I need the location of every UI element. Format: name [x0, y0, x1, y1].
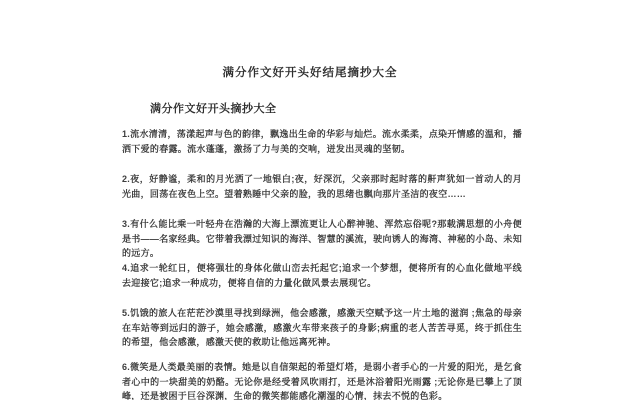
paragraph-1: 1.流水清清，荡漾起声与色的韵律，飘逸出生命的华彩与灿烂。流水柔柔，点染开情感的…: [122, 127, 522, 156]
paragraph-2: 2.夜，好静谧，柔和的月光洒了一地银白;夜，好深沉，父亲那时起时落的鼾声犹如一首…: [122, 172, 522, 201]
paragraph-6: 6.微笑是人类最美丽的表情。她是以自信架起的希望灯塔，是弱小者手心的一片爱的阳光…: [122, 360, 522, 400]
paragraph-3: 3.有什么能比乘一叶轻舟在浩瀚的大海上漂流更让人心醉神驰、浑然忘俗呢?那载满思想…: [122, 217, 522, 261]
paragraph-5: 5.饥饿的旅人在茫茫沙漠里寻找到绿洲，他会感激，感激天空赋予这一片土地的滋润 ;…: [122, 306, 522, 350]
document-page: 满分作文好开头好结尾摘抄大全 满分作文好开头摘抄大全 1.流水清清，荡漾起声与色…: [0, 0, 637, 400]
document-title: 满分作文好开头好结尾摘抄大全: [110, 64, 510, 80]
document-subtitle: 满分作文好开头摘抄大全: [150, 100, 277, 116]
paragraph-4: 4.追求一轮红日，便将强壮的身体化做山峦去托起它;追求一个梦想，便将所有的心血化…: [122, 261, 522, 290]
